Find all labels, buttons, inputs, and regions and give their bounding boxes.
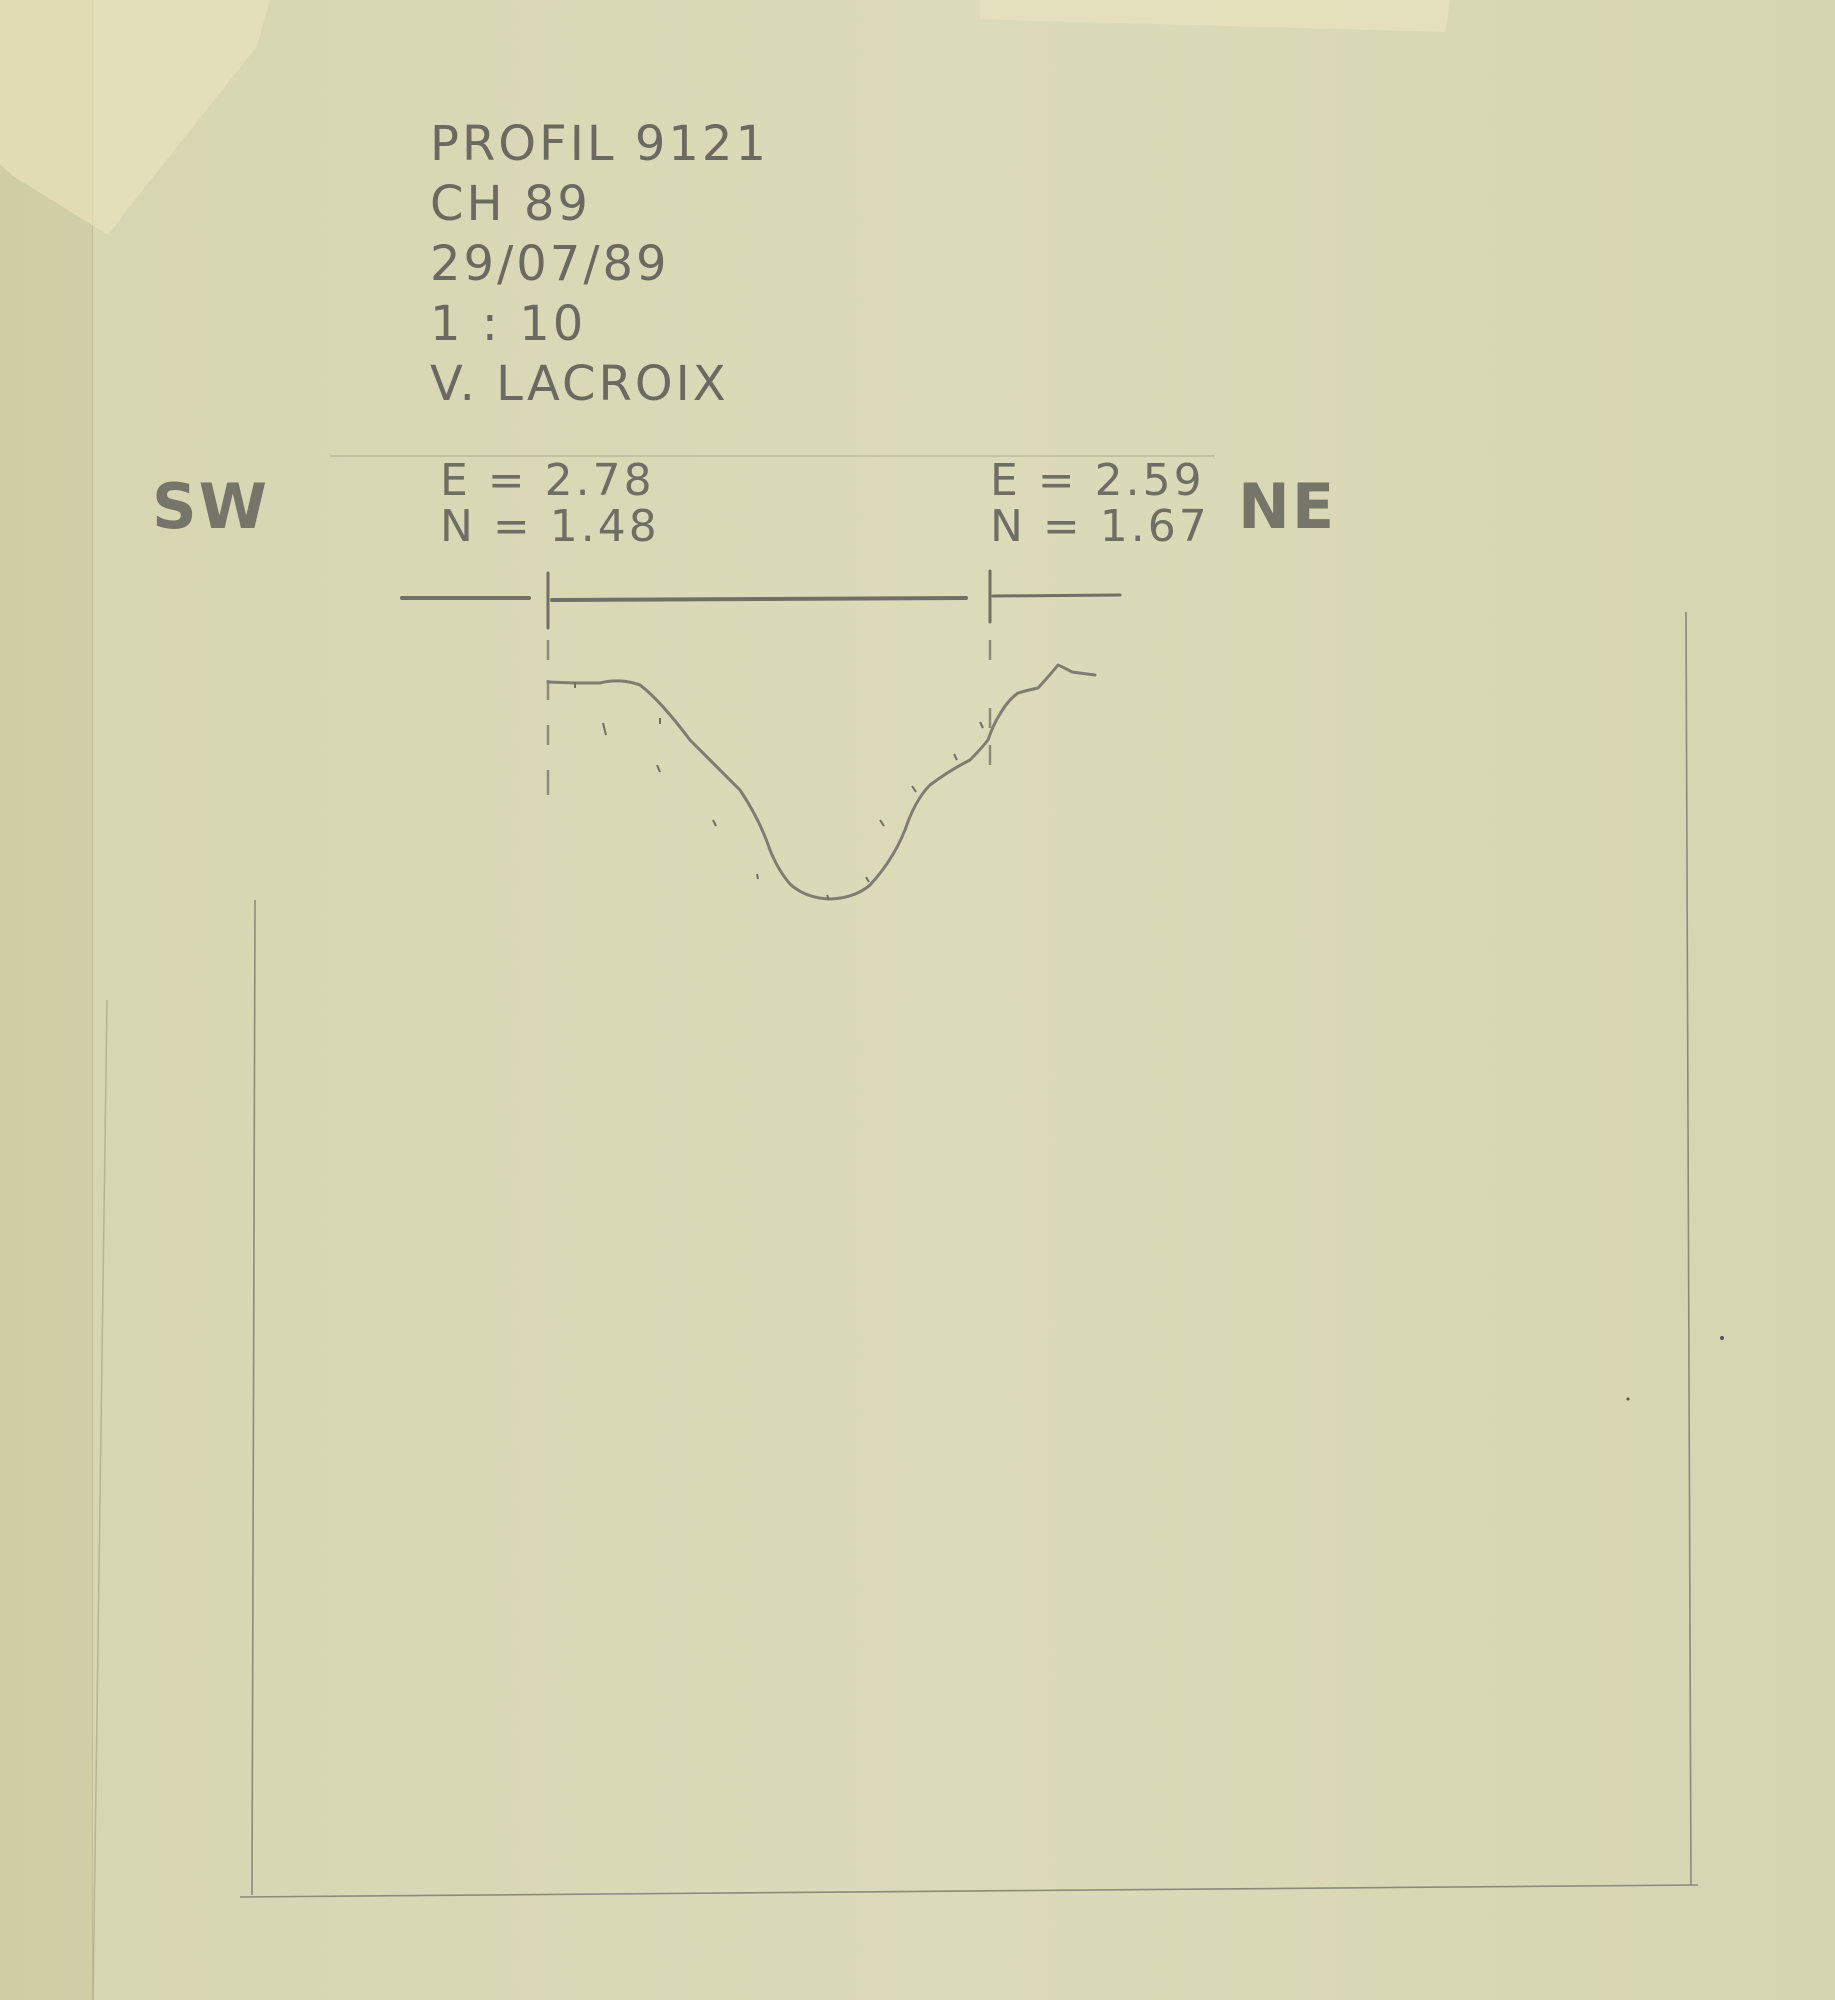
paper-edge xyxy=(93,1000,107,2000)
profile-drawing xyxy=(0,0,1835,2000)
datum-line xyxy=(402,571,1120,628)
stray-mark xyxy=(1720,1336,1724,1340)
pit-profile-curve xyxy=(548,665,1095,899)
dashed-projection-lines xyxy=(548,640,990,795)
stray-mark xyxy=(1627,1398,1630,1401)
empty-drawing-frame xyxy=(240,612,1698,1897)
